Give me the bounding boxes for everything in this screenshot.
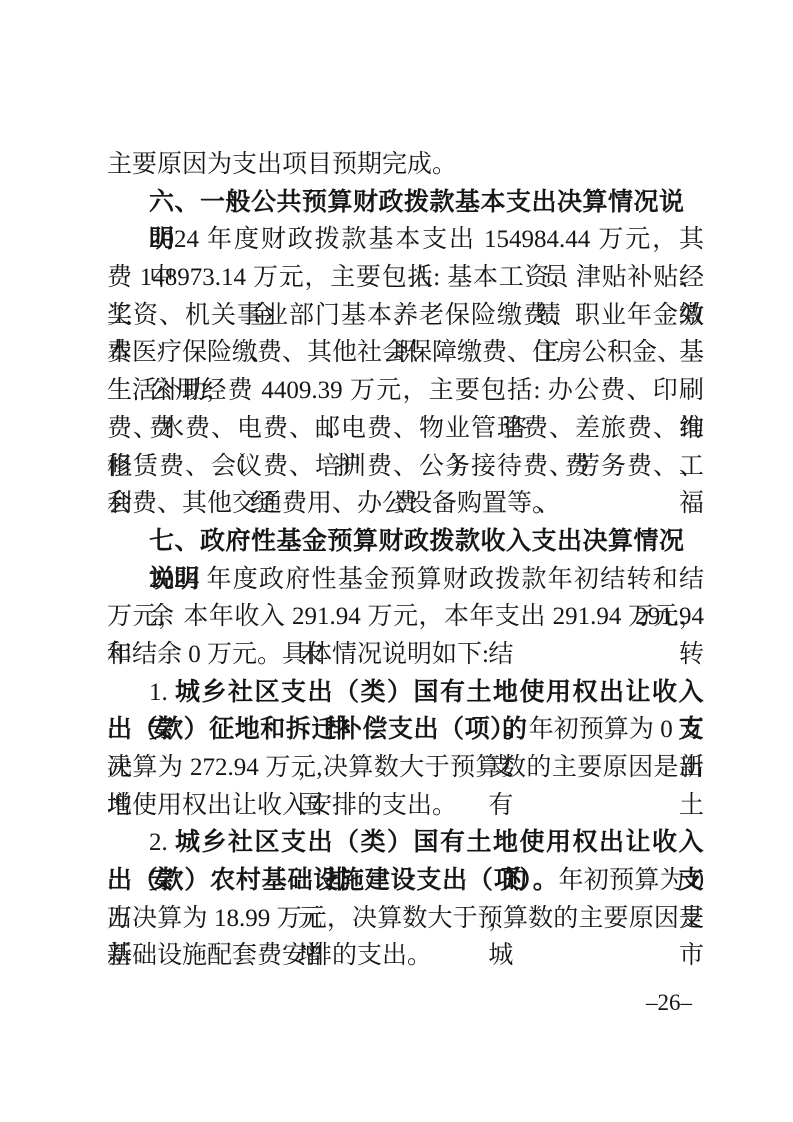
text-line: 租赁费、会议费、培训费、公务接待费、劳务费、工会经费、福 [107, 448, 704, 486]
text-line: 2024 年度政府性基金预算财政拨款年初结转和结余 291.94 [107, 561, 704, 599]
text-line: 费、水费、电费、邮电费、物业管理费、差旅费、维修（护）费、 [107, 410, 704, 448]
text-line: 万元，本年收入 291.94 万元，本年支出 291.94 万元，年末结转 [107, 598, 704, 636]
bold-text-run: 出（款）农村基础设施建设支出（项）。 [107, 866, 559, 894]
text-line: 2. 城乡社区支出（类）国有土地使用权出让收入安排的支 [107, 824, 704, 862]
text-line: 出决算为 18.99 万元，决算数大于预算数的主要原因是新增城市 [107, 900, 704, 938]
text-line: 公用经费 4409.39 万元，主要包括: 办公费、印刷费、咨询 [107, 372, 704, 410]
text-line: 六、一般公共预算财政拨款基本支出决算情况说明 [107, 184, 704, 222]
text-run: 2. [149, 829, 175, 856]
text-run: 利费、其他交通费用、办公设备购置等。 [107, 490, 557, 517]
text-line: 出（款）征地和拆迁补偿支出（项）。年初预算为 0 万元，支出 [107, 711, 704, 749]
text-line: 2024 年度财政拨款基本支出 154984.44 万元，其中: 人员经 [107, 221, 704, 259]
text-line: 本医疗保险缴费、其他社会保障缴费、住房公积金、生活补助; [107, 334, 704, 372]
text-line: 工资、机关事业部门基本养老保险缴费、职业年金缴费、职工基 [107, 297, 704, 335]
text-run: 主要原因为支出项目预期完成。 [107, 151, 457, 178]
text-line: 七、政府性基金预算财政拨款收入支出决算情况说明 [107, 523, 704, 561]
text-run: 1. [149, 679, 175, 706]
text-line: 决算为 272.94 万元,决算数大于预算数的主要原因是新增国有土 [107, 749, 704, 787]
page-number: –26– [646, 988, 692, 1018]
document-page: 主要原因为支出项目预期完成。六、一般公共预算财政拨款基本支出决算情况说明2024… [0, 0, 793, 1122]
bold-text-run: 出（款）征地和拆迁补偿支出（项）。 [107, 715, 529, 743]
text-line: 1. 城乡社区支出（类）国有土地使用权出让收入安排的支 [107, 674, 704, 712]
text-run: 地使用权出让收入安排的支出。 [107, 792, 457, 819]
text-line: 主要原因为支出项目预期完成。 [107, 146, 704, 184]
document-body: 主要原因为支出项目预期完成。六、一般公共预算财政拨款基本支出决算情况说明2024… [107, 146, 704, 975]
text-line: 费 148973.14 万元，主要包括: 基本工资、津贴补贴、奖金、绩效 [107, 259, 704, 297]
text-line: 出（款）农村基础设施建设支出（项）。年初预算为 0 万元，支 [107, 862, 704, 900]
text-run: 和结余 0 万元。具体情况说明如下: [107, 641, 489, 668]
text-run: 基础设施配套费安排的支出。 [107, 942, 432, 969]
